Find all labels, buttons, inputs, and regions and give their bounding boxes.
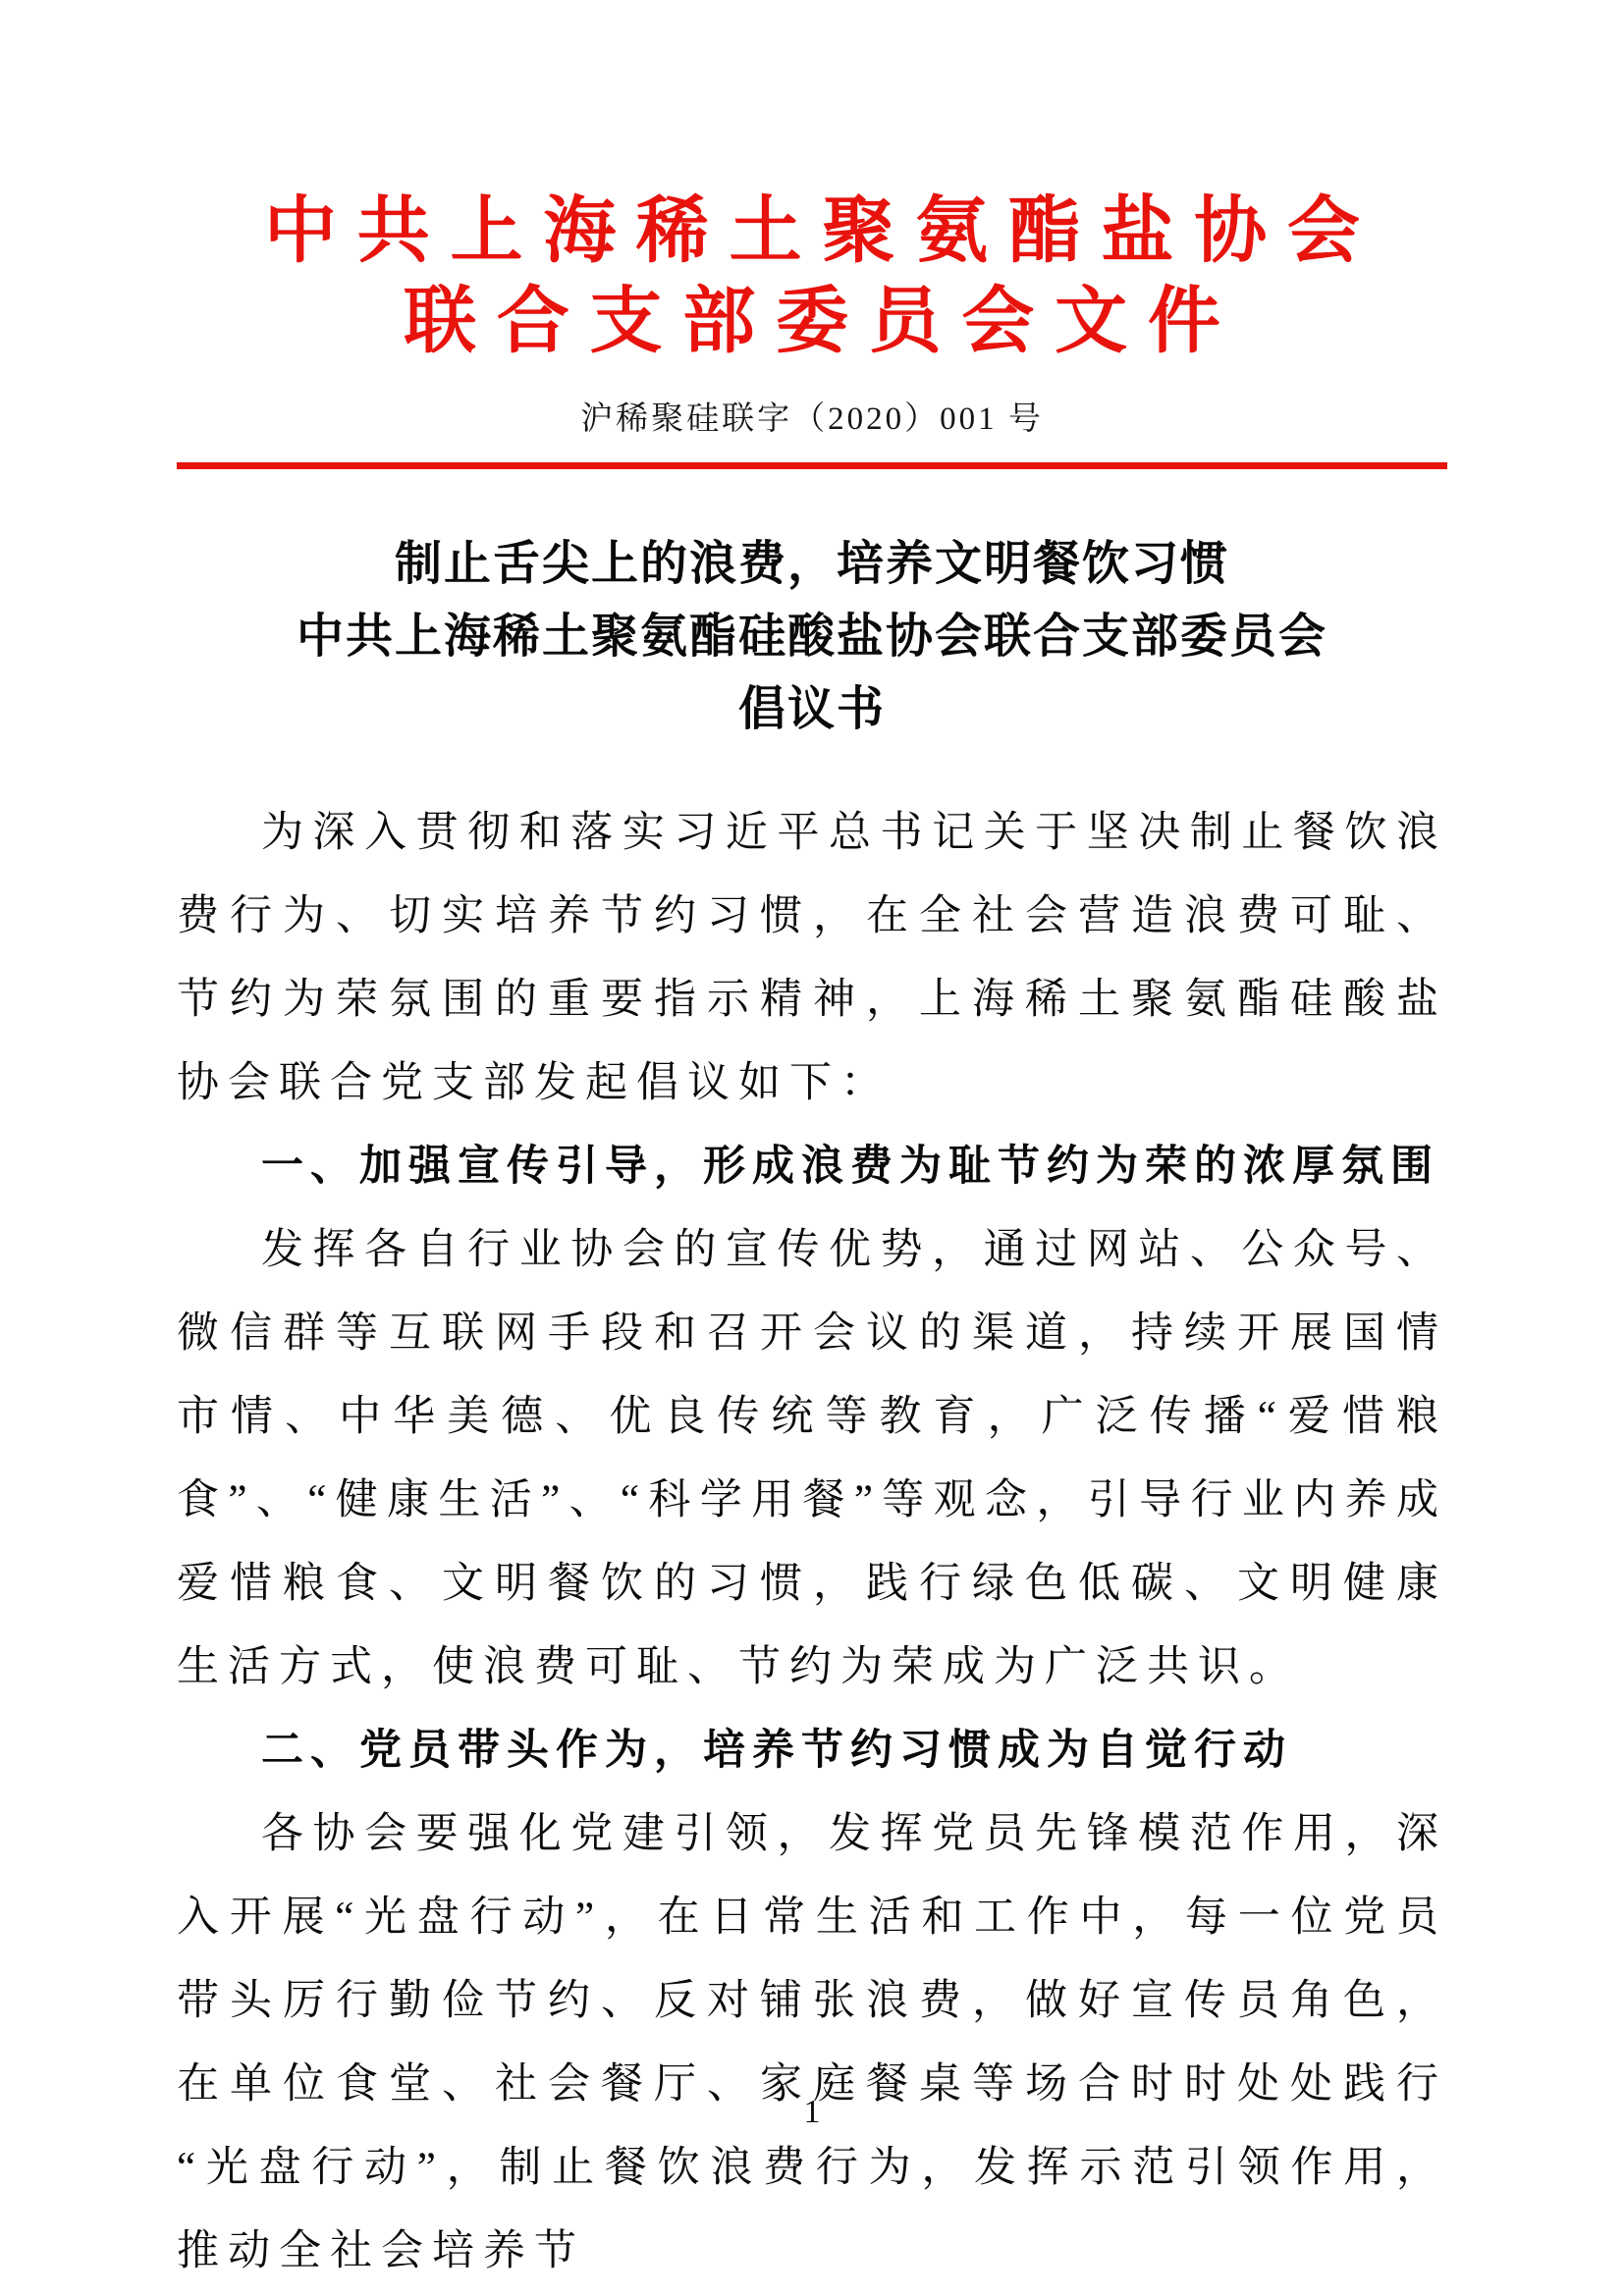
section-heading: 一、加强宣传引导，形成浪费为耻节约为荣的浓厚氛围 <box>177 1125 1447 1208</box>
document-number: 沪稀聚硅联字（2020）001 号 <box>177 393 1447 439</box>
body-paragraph: 发挥各自行业协会的宣传优势，通过网站、公众号、微信群等互联网手段和召开会议的渠道… <box>177 1208 1447 1709</box>
document-title-line3: 倡议书 <box>177 673 1447 746</box>
document-title-line1: 制止舌尖上的浪费，培养文明餐饮习惯 <box>177 528 1447 601</box>
body-paragraph: 为深入贯彻和落实习近平总书记关于坚决制止餐饮浪费行为、切实培养节约习惯，在全社会… <box>177 791 1447 1125</box>
letterhead-org-line2: 联合支部委员会文件 <box>177 277 1447 367</box>
document-title: 制止舌尖上的浪费，培养文明餐饮习惯 中共上海稀土聚氨酯硅酸盐协会联合支部委员会 … <box>177 528 1447 746</box>
body-paragraphs: 为深入贯彻和落实习近平总书记关于坚决制止餐饮浪费行为、切实培养节约习惯，在全社会… <box>177 791 1447 2293</box>
document-title-line2: 中共上海稀土聚氨酯硅酸盐协会联合支部委员会 <box>177 601 1447 673</box>
section-heading: 二、党员带头作为，培养节约习惯成为自觉行动 <box>177 1709 1447 1792</box>
body-paragraph: 各协会要强化党建引领，发挥党员先锋模范作用，深入开展“光盘行动”，在日常生活和工… <box>177 1792 1447 2293</box>
red-divider-rule <box>177 462 1447 469</box>
letterhead-org-line1: 中共上海稀土聚氨酯盐协会 <box>177 187 1447 277</box>
page-number: 1 <box>0 2094 1624 2131</box>
document-page: 中共上海稀土聚氨酯盐协会 联合支部委员会文件 沪稀聚硅联字（2020）001 号… <box>0 0 1624 2296</box>
